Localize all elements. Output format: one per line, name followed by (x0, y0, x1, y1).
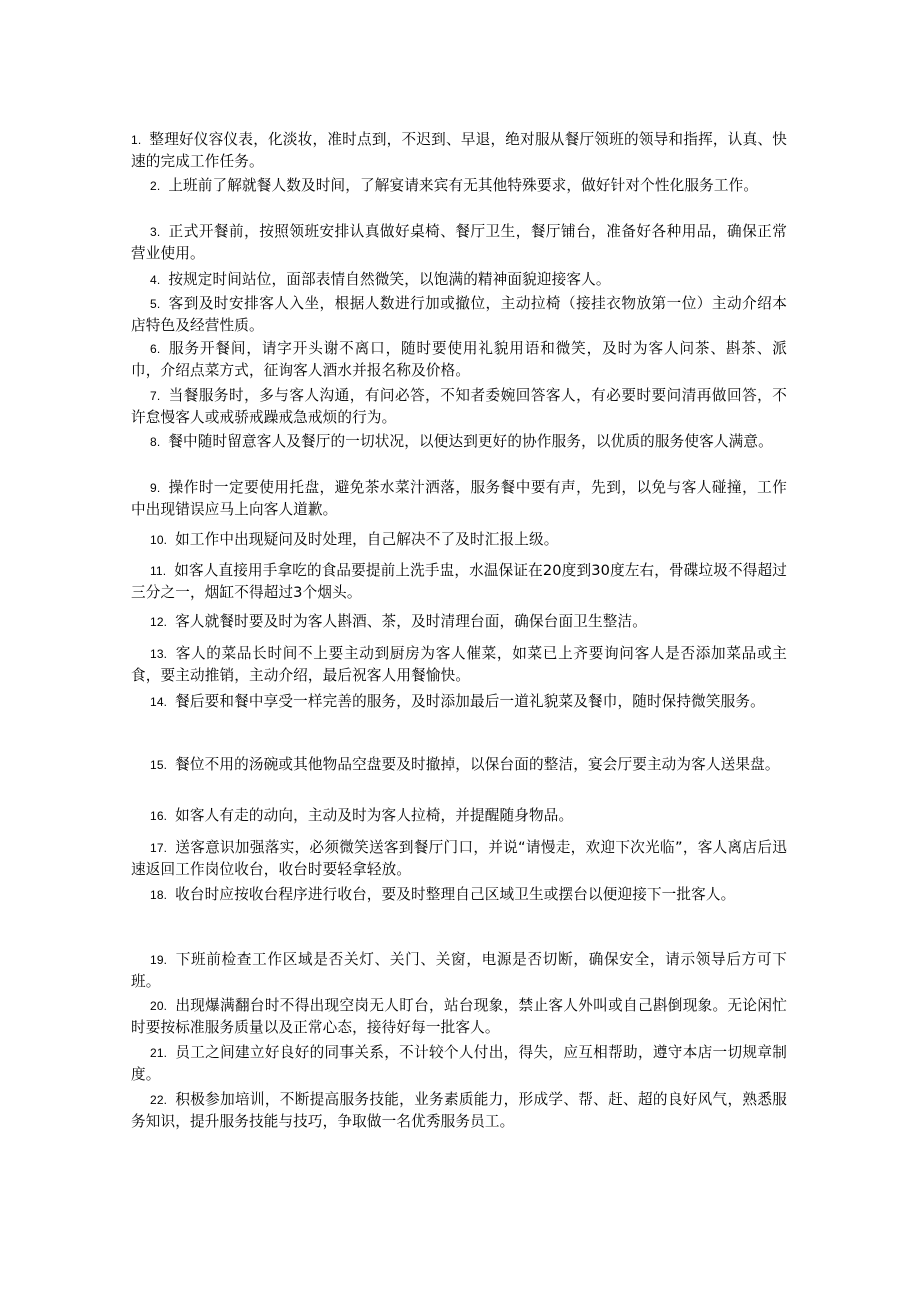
item-number: 20. (150, 999, 167, 1013)
list-item-4: 4.按规定时间站位，面部表情自然微笑，以饱满的精神面貌迎接客人。 (131, 269, 787, 291)
list-item-17: 17.送客意识加强落实，必须微笑送客到餐厅门口，并说“请慢走，欢迎下次光临”，客… (131, 837, 787, 880)
list-item-7: 7.当餐服务时，多与客人沟通，有问必答，不知者委婉回答客人，有必要时要问清再做回… (131, 385, 787, 428)
item-text: 员工之间建立好良好的同事关系，不计较个人付出，得失，应互相帮助，遵守本店一切规章… (131, 1044, 787, 1083)
list-item-3: 3.正式开餐前，按照领班安排认真做好桌椅、餐厅卫生，餐厅铺台，准备好各种用品，确… (131, 221, 787, 264)
list-item-6: 6.服务开餐间，请字开头谢不离口，随时要使用礼貌用语和微笑，及时为客人问茶、斟茶… (131, 338, 787, 381)
item-number: 7. (150, 389, 160, 403)
item-number: 9. (150, 481, 160, 495)
item-text: 餐中随时留意客人及餐厅的一切状况，以便达到更好的协作服务，以优质的服务使客人满意… (168, 433, 773, 450)
item-number: 21. (150, 1046, 167, 1060)
item-text: 出现爆满翻台时不得出现空岗无人盯台，站台现象，禁止客人外叫或自己斟倒现象。无论闲… (131, 997, 787, 1036)
item-text: 如客人直接用手拿吃的食品要提前上洗手盅，水温保证在20度到30度左右，骨碟垃圾不… (131, 562, 787, 601)
list-item-11: 11.如客人直接用手拿吃的食品要提前上洗手盅，水温保证在20度到30度左右，骨碟… (131, 560, 787, 603)
item-text: 正式开餐前，按照领班安排认真做好桌椅、餐厅卫生，餐厅铺台，准备好各种用品，确保正… (131, 223, 787, 262)
list-item-2: 2.上班前了解就餐人数及时间，了解宴请来宾有无其他特殊要求，做好针对个性化服务工… (131, 175, 787, 197)
item-text: 餐后要和餐中享受一样完善的服务，及时添加最后一道礼貌菜及餐巾，随时保持微笑服务。 (175, 693, 765, 710)
item-number: 2. (150, 179, 160, 193)
item-number: 15. (150, 758, 167, 772)
list-item-16: 16.如客人有走的动向，主动及时为客人拉椅，并提醒随身物品。 (131, 805, 787, 827)
list-item-20: 20.出现爆满翻台时不得出现空岗无人盯台，站台现象，禁止客人外叫或自己斟倒现象。… (131, 995, 787, 1038)
list-item-9: 9.操作时一定要使用托盘，避免茶水菜汁洒落，服务餐中要有声，先到，以免与客人碰撞… (131, 477, 787, 520)
item-number: 22. (150, 1093, 167, 1107)
item-text: 按规定时间站位，面部表情自然微笑，以饱满的精神面貌迎接客人。 (168, 271, 610, 288)
item-number: 19. (150, 953, 167, 967)
item-number: 12. (150, 615, 167, 629)
item-number: 6. (150, 342, 160, 356)
item-number: 5. (150, 297, 160, 311)
item-text: 积极参加培训，不断提高服务技能，业务素质能力，形成学、帮、赶、超的良好风气，熟悉… (131, 1091, 787, 1130)
list-item-1: 1.整理好仪容仪表，化淡妆，准时点到，不迟到、早退，绝对服从餐厅领班的领导和指挥… (131, 129, 787, 172)
item-text: 整理好仪容仪表，化淡妆，准时点到，不迟到、早退，绝对服从餐厅领班的领导和指挥，认… (131, 131, 787, 170)
list-item-14: 14.餐后要和餐中享受一样完善的服务，及时添加最后一道礼貌菜及餐巾，随时保持微笑… (131, 686, 787, 718)
item-number: 11. (150, 564, 166, 578)
item-text: 当餐服务时，多与客人沟通，有问必答，不知者委婉回答客人，有必要时要问清再做回答，… (131, 387, 787, 426)
item-number: 16. (150, 809, 167, 823)
item-number: 14. (150, 695, 167, 709)
item-text: 客到及时安排客人入坐，根据人数进行加或撤位，主动拉椅（接挂衣物放第一位）主动介绍… (131, 295, 787, 334)
item-text: 下班前检查工作区域是否关灯、关门、关窗，电源是否切断，确保安全，请示领导后方可下… (131, 951, 787, 990)
list-item-21: 21.员工之间建立好良好的同事关系，不计较个人付出，得失，应互相帮助，遵守本店一… (131, 1042, 787, 1085)
list-item-22: 22.积极参加培训，不断提高服务技能，业务素质能力，形成学、帮、赶、超的良好风气… (131, 1089, 787, 1132)
item-text: 如客人有走的动向，主动及时为客人拉椅，并提醒随身物品。 (175, 807, 573, 824)
item-number: 3. (150, 225, 160, 239)
item-number: 8. (150, 435, 160, 449)
list-item-10: 10.如工作中出现疑问及时处理，自己解决不了及时汇报上级。 (131, 529, 787, 551)
item-number: 10. (150, 533, 167, 547)
list-item-13: 13.客人的菜品长时间不上要主动到厨房为客人催菜，如菜已上齐要询问客人是否添加菜… (131, 643, 787, 686)
list-item-15: 15.餐位不用的汤碗或其他物品空盘要及时撤掉，以保台面的整洁，宴会厅要主动为客人… (131, 754, 787, 776)
item-text: 操作时一定要使用托盘，避免茶水菜汁洒落，服务餐中要有声，先到，以免与客人碰撞，工… (131, 479, 787, 518)
list-item-18: 18.收台时应按收台程序进行收台，要及时整理自己区域卫生或摆台以便迎接下一批客人… (131, 879, 787, 911)
item-number: 4. (150, 273, 160, 287)
item-text: 客人的菜品长时间不上要主动到厨房为客人催菜，如菜已上齐要询问客人是否添加菜品或主… (131, 645, 787, 684)
item-number: 17. (150, 841, 167, 855)
item-number: 18. (150, 888, 167, 902)
item-number: 13. (150, 647, 167, 661)
item-text: 上班前了解就餐人数及时间，了解宴请来宾有无其他特殊要求，做好针对个性化服务工作。 (168, 177, 758, 194)
item-number: 1. (131, 133, 141, 147)
item-text: 收台时应按收台程序进行收台，要及时整理自己区域卫生或摆台以便迎接下一批客人。 (175, 886, 735, 903)
list-item-12: 12.客人就餐时要及时为客人斟酒、茶，及时清理台面，确保台面卫生整洁。 (131, 611, 787, 633)
list-item-19: 19.下班前检查工作区域是否关灯、关门、关窗，电源是否切断，确保安全，请示领导后… (131, 949, 787, 992)
item-text: 餐位不用的汤碗或其他物品空盘要及时撤掉，以保台面的整洁，宴会厅要主动为客人送果盘… (175, 756, 780, 773)
list-item-5: 5.客到及时安排客人入坐，根据人数进行加或撤位，主动拉椅（接挂衣物放第一位）主动… (131, 293, 787, 336)
item-text: 如工作中出现疑问及时处理，自己解决不了及时汇报上级。 (175, 531, 558, 548)
item-text: 服务开餐间，请字开头谢不离口，随时要使用礼貌用语和微笑，及时为客人问茶、斟茶、派… (131, 340, 787, 379)
list-item-8: 8.餐中随时留意客人及餐厅的一切状况，以便达到更好的协作服务，以优质的服务使客人… (131, 431, 787, 453)
item-text: 送客意识加强落实，必须微笑送客到餐厅门口，并说“请慢走，欢迎下次光临”，客人离店… (131, 839, 787, 878)
item-text: 客人就餐时要及时为客人斟酒、茶，及时清理台面，确保台面卫生整洁。 (175, 613, 647, 630)
